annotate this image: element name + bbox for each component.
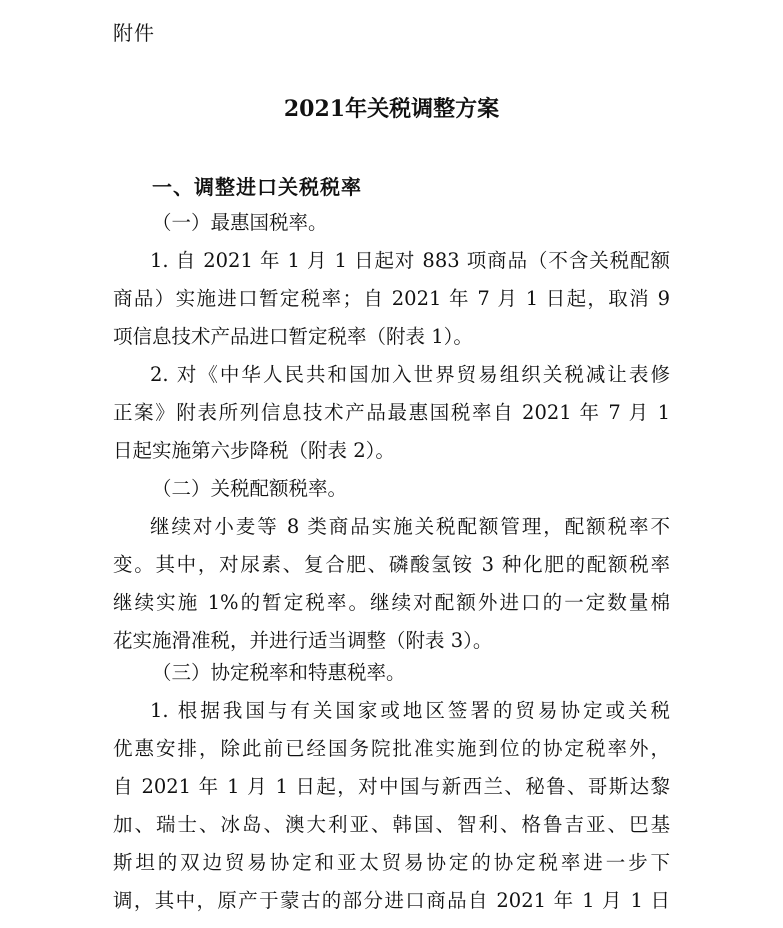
subsection-heading-1: （一）最惠国税率。 [152, 207, 328, 235]
paragraph-line: 调，其中，原产于蒙古的部分进口商品自 2021 年 1 月 1 日 [113, 885, 670, 913]
paragraph-line: 商品）实施进口暂定税率；自 2021 年 7 月 1 日起，取消 9 [113, 283, 670, 311]
paragraph-line: 日起实施第六步降税（附表 2）。 [113, 435, 670, 463]
paragraph-line: 1. 根据我国与有关国家或地区签署的贸易协定或关税 [150, 695, 670, 723]
paragraph-line: 正案》附表所列信息技术产品最惠国税率自 2021 年 7 月 1 [113, 397, 670, 425]
paragraph-line: 加、瑞士、冰岛、澳大利亚、韩国、智利、格鲁吉亚、巴基 [113, 809, 670, 837]
paragraph-line: 继续对小麦等 8 类商品实施关税配额管理，配额税率不 [150, 511, 670, 539]
attachment-label: 附件 [113, 17, 155, 46]
document-title: 2021年关税调整方案 [0, 92, 783, 123]
paragraph-line: 优惠安排，除此前已经国务院批准实施到位的协定税率外， [113, 733, 670, 761]
paragraph-line: 1. 自 2021 年 1 月 1 日起对 883 项商品（不含关税配额 [150, 245, 670, 273]
paragraph-line: 项信息技术产品进口暂定税率（附表 1）。 [113, 321, 670, 349]
paragraph-line: 继续实施 1%的暂定税率。继续对配额外进口的一定数量棉 [113, 587, 670, 615]
subsection-heading-3: （三）协定税率和特惠税率。 [152, 657, 406, 685]
paragraph-line: 2. 对《中华人民共和国加入世界贸易组织关税减让表修 [150, 359, 670, 387]
document-page: 附件 2021年关税调整方案 一、调整进口关税税率 （一）最惠国税率。 1. 自… [0, 0, 783, 928]
paragraph-line: 斯坦的双边贸易协定和亚太贸易协定的协定税率进一步下 [113, 847, 670, 875]
subsection-heading-2: （二）关税配额税率。 [152, 473, 347, 501]
paragraph-line: 自 2021 年 1 月 1 日起，对中国与新西兰、秘鲁、哥斯达黎 [113, 771, 670, 799]
paragraph-line: 花实施滑准税，并进行适当调整（附表 3）。 [113, 625, 670, 653]
paragraph-line: 变。其中，对尿素、复合肥、磷酸氢铵 3 种化肥的配额税率 [113, 549, 670, 577]
section-heading-1: 一、调整进口关税税率 [152, 171, 362, 200]
